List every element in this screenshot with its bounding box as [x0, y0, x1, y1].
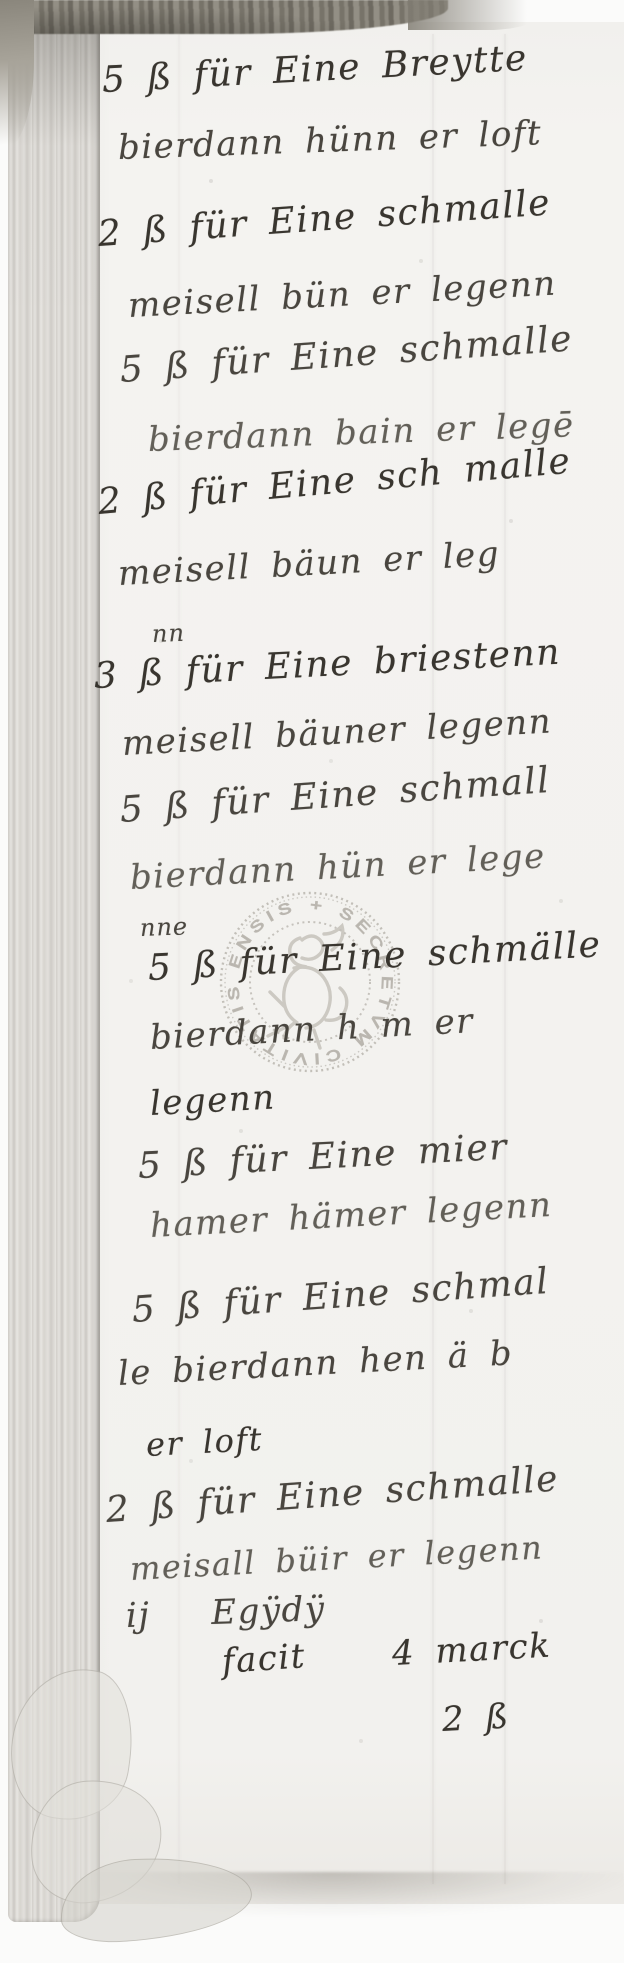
carryover-line: nne [140, 912, 189, 942]
book-page-edges [8, 26, 100, 1922]
paper-speckles [0, 0, 2, 2]
entry-line: er loft [145, 1420, 264, 1464]
manuscript-scan: + SECRETVM CIVITATIS ENSIS 5 ß für Eine … [0, 0, 624, 1963]
carryover-line: nn [152, 619, 186, 648]
entry-line: legenn [149, 1077, 277, 1124]
date-line: ij Egÿdÿ [125, 1589, 326, 1636]
total-amount: 4 marck [391, 1626, 552, 1674]
total-label: facit [221, 1636, 308, 1682]
total-amount-shillings: 2 ß [441, 1696, 511, 1739]
